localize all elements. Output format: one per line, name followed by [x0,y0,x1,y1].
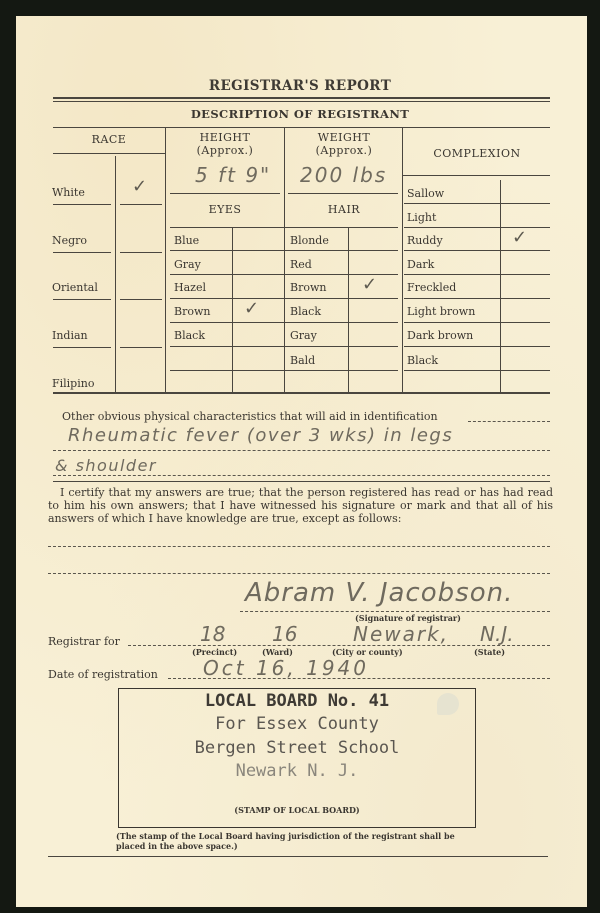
col-divider-race-check [115,156,116,392]
hair-option-red: Red [290,258,312,271]
eyes-option-blue: Blue [174,234,199,247]
hair-option-brown: Brown [290,281,326,294]
height-header: HEIGHT (Approx.) [166,131,284,157]
complexion-row-rule [404,298,550,299]
other-characteristics-label: Other obvious physical characteristics t… [62,410,438,423]
row-rule [170,346,398,347]
complexion-ruddy-checkmark[interactable]: ✓ [512,227,527,248]
row-rule [170,298,398,299]
height-value[interactable]: 5 ft 9" [195,163,271,187]
weight-value-rule [288,193,398,194]
bottom-rule [48,856,548,857]
eyes-option-brown: Brown [174,305,210,318]
city-value[interactable]: Newark, [353,622,449,646]
stamp-line-4: Newark N. J. [119,761,475,781]
race-header-rule [53,153,165,154]
col-divider-hair-check [348,228,349,392]
complexion-row-rule [404,203,550,204]
race-option-oriental: Oriental [52,281,98,294]
complexion-row-rule [404,346,550,347]
complexion-option-dark-brown: Dark brown [407,329,473,342]
race-check-rule [120,204,162,205]
state-caption: (State) [474,647,505,657]
title-rule-top [53,97,550,99]
race-option-indian: Indian [52,329,88,342]
dotted-line [53,475,550,476]
complexion-option-light-brown: Light brown [407,305,475,318]
leaf-mark-icon [437,693,459,715]
section-rule [53,481,550,482]
col-divider-weight [402,128,403,392]
race-rule [53,347,111,348]
row-rule [170,370,398,371]
weight-header-label: WEIGHT [285,131,403,144]
state-value[interactable]: N.J. [480,622,514,646]
race-option-negro: Negro [52,234,87,247]
complexion-option-light: Light [407,211,436,224]
weight-value[interactable]: 200 lbs [300,163,387,187]
complexion-option-black: Black [407,354,438,367]
col-divider-height [284,128,285,392]
footnote-text: (The stamp of the Local Board having jur… [116,831,486,851]
certification-text: I certify that my answers are true; that… [48,486,553,525]
race-check-rule [120,347,162,348]
row-rule [170,274,398,275]
complexion-row-rule [404,250,550,251]
race-check-rule [120,299,162,300]
row-rule [170,322,398,323]
height-header-label: HEIGHT [166,131,284,144]
ward-value[interactable]: 16 [272,622,297,646]
hair-brown-checkmark[interactable]: ✓ [362,274,377,295]
stamp-line-2: For Essex County [119,714,475,734]
race-rule [53,252,111,253]
race-header: RACE [53,133,165,146]
hair-header: HAIR [285,203,403,216]
height-header-sub: (Approx.) [166,144,284,157]
hair-option-bald: Bald [290,354,315,367]
other-characteristics-line1[interactable]: Rheumatic fever (over 3 wks) in legs [68,425,453,446]
complexion-row-rule [404,322,550,323]
race-option-filipino: Filipino [52,377,94,390]
eyes-header: EYES [166,203,284,216]
complexion-option-ruddy: Ruddy [407,234,443,247]
stamp-caption: (STAMP OF LOCAL BOARD) [119,805,475,815]
race-rule [53,204,111,205]
registrar-signature[interactable]: Abram V. Jacobson. [245,578,513,608]
weight-header-sub: (Approx.) [285,144,403,157]
height-value-rule [170,193,280,194]
registrar-for-label: Registrar for [48,635,120,648]
title-rule-bottom [53,101,550,102]
dotted-line [468,421,550,422]
race-rule [53,299,111,300]
row-rule [170,250,398,251]
dotted-line [53,450,550,451]
stamp-line-3: Bergen Street School [119,738,475,758]
col-divider-eyes-check [232,228,233,392]
signature-line [240,611,550,612]
local-board-stamp-box: LOCAL BOARD No. 41 For Essex County Berg… [118,688,476,828]
col-divider-race [165,128,166,392]
weight-header: WEIGHT (Approx.) [285,131,403,157]
complexion-option-sallow: Sallow [407,187,444,200]
precinct-value[interactable]: 18 [200,622,225,646]
eyes-option-gray: Gray [174,258,201,271]
table-top-rule [53,127,550,128]
eyes-option-hazel: Hazel [174,281,206,294]
exceptions-line-1 [48,546,550,547]
eyes-hair-header-rule [170,227,398,228]
complexion-option-freckled: Freckled [407,281,456,294]
table-bottom-rule [53,392,550,394]
stamp-line-1: LOCAL BOARD No. 41 [119,691,475,711]
date-of-registration-label: Date of registration [48,668,158,681]
col-divider-complexion-check [500,180,501,392]
complexion-option-dark: Dark [407,258,434,271]
exceptions-line-2 [48,573,550,574]
hair-option-gray: Gray [290,329,317,342]
complexion-row-rule [404,227,550,228]
section-subtitle: DESCRIPTION OF REGISTRANT [0,107,600,121]
race-white-checkmark[interactable]: ✓ [132,176,147,197]
complexion-header-rule [402,175,550,176]
other-characteristics-line2[interactable]: & shoulder [55,456,157,475]
complexion-row-rule [404,370,550,371]
eyes-brown-checkmark[interactable]: ✓ [244,298,259,319]
race-check-rule [120,252,162,253]
complexion-header: COMPLEXION [402,147,552,160]
race-option-white: White [52,186,85,199]
hair-option-black: Black [290,305,321,318]
date-of-registration-value[interactable]: Oct 16, 1940 [203,656,369,680]
hair-option-blonde: Blonde [290,234,329,247]
report-title: REGISTRAR'S REPORT [0,78,600,94]
complexion-row-rule [404,274,550,275]
eyes-option-black: Black [174,329,205,342]
